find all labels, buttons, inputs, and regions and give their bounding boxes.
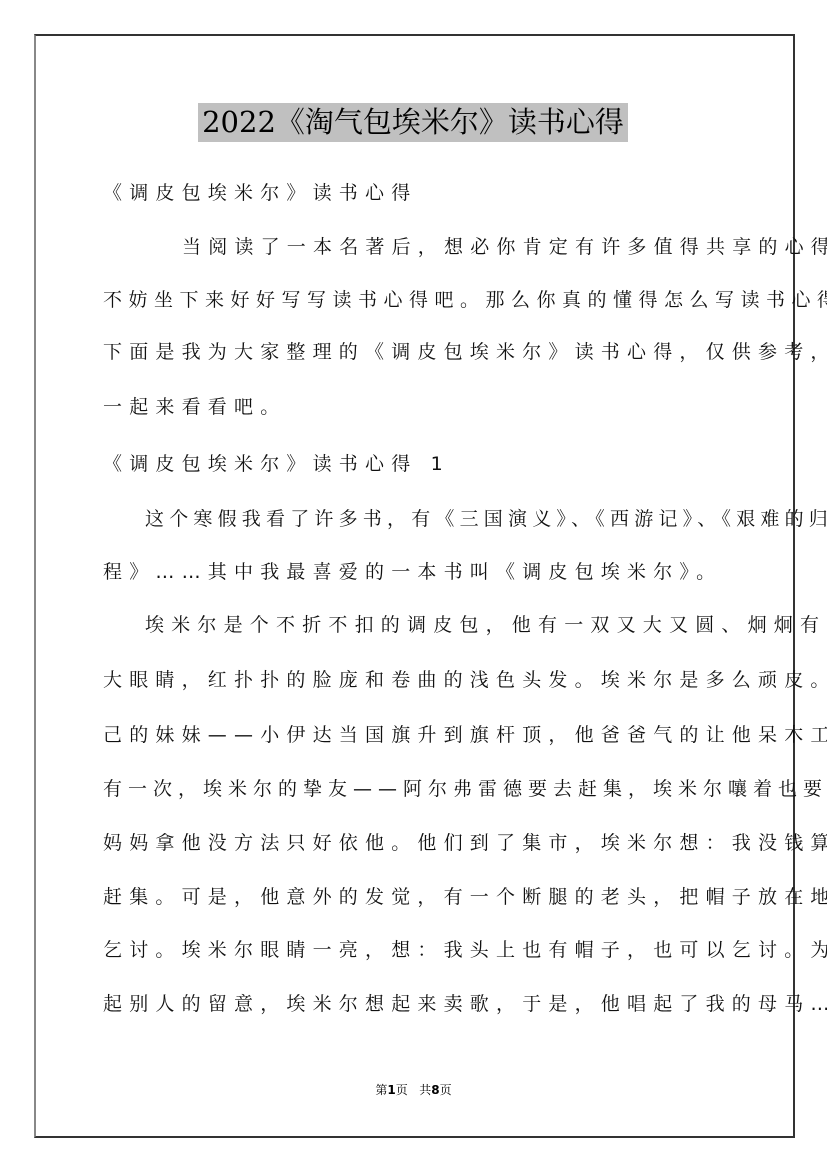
paragraph-line: 己的妹妹——小伊达当国旗升到旗杆顶，他爸爸气的让他呆木工房。: [103, 723, 743, 747]
paragraph-line: 乞讨。埃米尔眼睛一亮，想：我头上也有帽子，也可以乞讨。为了引: [103, 938, 743, 962]
page-total-suffix: 页: [440, 1083, 452, 1097]
paragraph-line: 赶集。可是，他意外的发觉，有一个断腿的老头，把帽子放在地上在: [103, 885, 743, 909]
document-title: 2022《淘气包埃米尔》读书心得: [198, 103, 628, 142]
paragraph-line: 大眼睛，红扑扑的脸庞和卷曲的浅色头发。埃米尔是多么顽皮。把自: [103, 668, 743, 692]
paragraph-line: 程》……其中我最喜爱的一本书叫《调皮包埃米尔》。: [103, 560, 743, 584]
paragraph-line: 这个寒假我看了许多书，有《三国演义》、《西游记》、《艰难的归: [145, 507, 785, 531]
page-footer: 第1页 共8页: [0, 1082, 827, 1098]
paragraph-line: 起别人的留意，埃米尔想起来卖歌，于是，他唱起了我的母马……果: [103, 992, 743, 1016]
paragraph-line: 有一次，埃米尔的挚友——阿尔弗雷德要去赶集，埃米尔嚷着也要去，: [103, 777, 743, 801]
paragraph-line: 妈妈拿他没方法只好依他。他们到了集市，埃米尔想：我没钱算什么: [103, 831, 743, 855]
page-number-current: 1: [387, 1083, 395, 1097]
paragraph-line: 当阅读了一本名著后，想必你肯定有许多值得共享的心得，: [182, 235, 822, 259]
section-heading: 《调皮包埃米尔》读书心得 1: [103, 452, 743, 476]
paragraph-line: 一起来看看吧。: [103, 395, 743, 419]
paragraph-line: 不妨坐下来好好写写读书心得吧。那么你真的懂得怎么写读书心得吗？: [103, 288, 743, 312]
page-total: 8: [431, 1083, 439, 1097]
page-number-prefix: 第: [375, 1083, 387, 1097]
paragraph-line: 下面是我为大家整理的《调皮包埃米尔》读书心得，仅供参考，大家: [103, 340, 743, 364]
page-total-prefix: 共: [419, 1083, 431, 1097]
subtitle-line: 《调皮包埃米尔》读书心得: [103, 181, 743, 205]
page-number-suffix: 页: [396, 1083, 408, 1097]
paragraph-line: 埃米尔是个不折不扣的调皮包，他有一双又大又圆、炯炯有神的: [145, 613, 785, 637]
